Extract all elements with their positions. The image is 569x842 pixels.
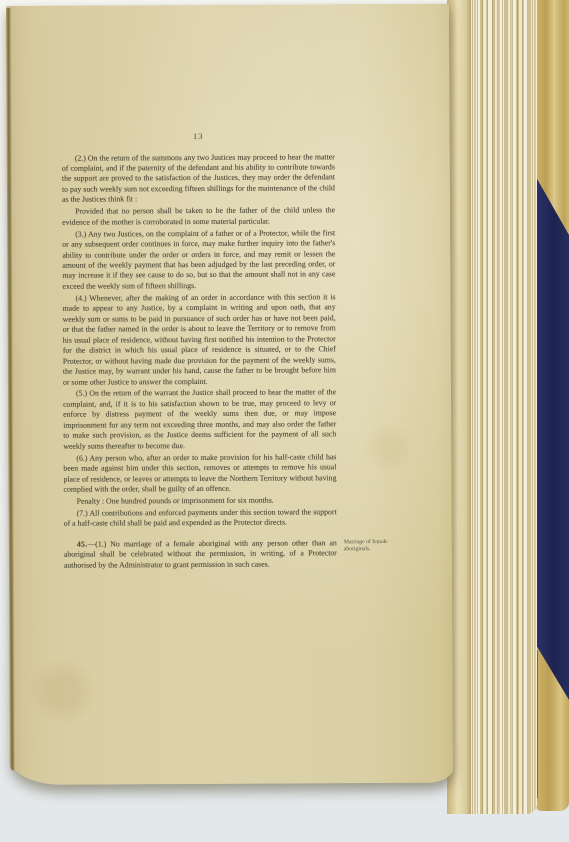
photo-background: 13 (2.) On the return of the summons any…: [0, 0, 569, 842]
document-page: 13 (2.) On the return of the summons any…: [6, 4, 453, 785]
section-45-number: 45.: [77, 539, 88, 548]
paragraph-proviso: Provided that no person shall be taken t…: [62, 206, 335, 228]
paragraph-4: (4.) Whenever, after the making of an or…: [63, 292, 336, 388]
penalty-line: Penalty : One hundred pounds or imprison…: [64, 495, 337, 507]
book-cover: [536, 0, 569, 822]
paragraph-3: (3.) Any two Justices, on the complaint …: [62, 228, 335, 292]
paragraph-7: (7.) All contributions and enforced paym…: [64, 507, 337, 529]
margin-note: Marriage of female aboriginals.: [344, 539, 390, 553]
page-number: 13: [62, 131, 335, 141]
section-45-text: —(1.) No marriage of a female aboriginal…: [64, 538, 337, 569]
paragraph-2: (2.) On the return of the summons any tw…: [62, 152, 335, 206]
page-left-edge: [6, 8, 15, 771]
book-cover-navy-board: [536, 168, 569, 708]
paragraph-5: (5.) On the return of the warrant the Ju…: [63, 388, 336, 452]
section-45: 45.—(1.) No marriage of a female aborigi…: [64, 538, 337, 571]
paragraph-6: (6.) Any person who, after an order to m…: [63, 452, 336, 495]
page-fore-edges: [447, 0, 537, 814]
page-text: (2.) On the return of the summons any tw…: [62, 150, 337, 571]
